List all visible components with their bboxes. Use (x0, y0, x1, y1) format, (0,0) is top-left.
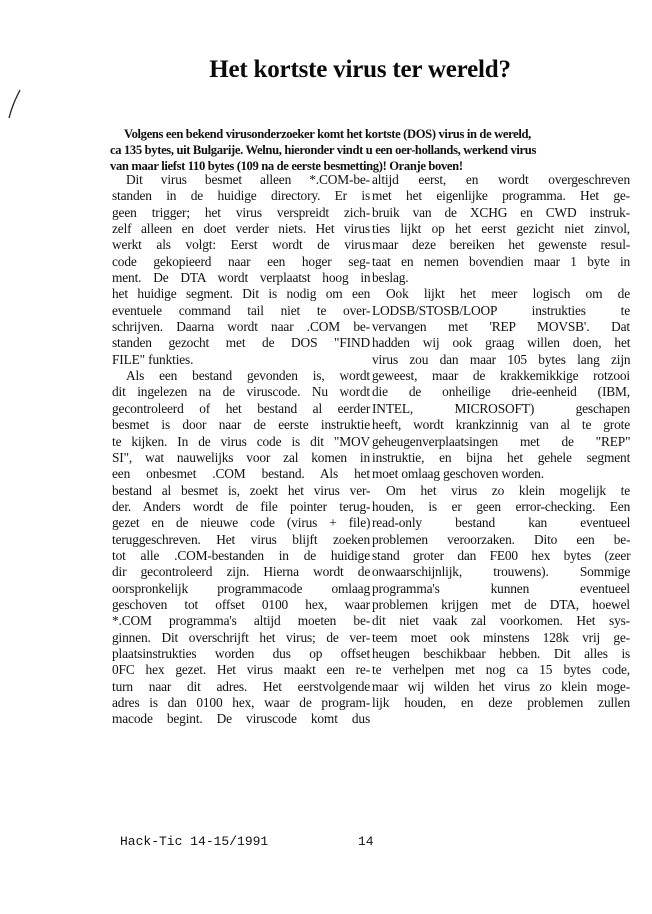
column-text-line: teruggeschreven. Het virus blijft zoeken (112, 532, 370, 548)
left-text-column: Dit virus besmet alleen *.COM-be-standen… (112, 172, 370, 728)
column-text-line: INTEL, MICROSOFT) geschapen (372, 401, 630, 417)
column-text-line: taat en nemen bovendien maar 1 byte in (372, 254, 630, 270)
column-text-line: macode begint. De viruscode komt dus (112, 711, 370, 727)
column-text-line: maar deze bereiken het gewenste resul- (372, 237, 630, 253)
column-text-line: eventuele command tail niet te over- (112, 303, 370, 319)
column-text-line: adres is dan 0100 hex, waar de program- (112, 695, 370, 711)
column-text-line: houden, is er geen error-checking. Een (372, 499, 630, 515)
column-text-line: standen gezocht met de DOS "FIND (112, 335, 370, 351)
column-text-line: lijk houden, en deze problemen zullen (372, 695, 630, 711)
column-text-line: tot alle .COM-bestanden in de huidige (112, 548, 370, 564)
column-text-line: oorspronkelijk programmacode omlaag (112, 581, 370, 597)
column-text-line: SI", wat nauwelijks voor zal komen in (112, 450, 370, 466)
column-text-line: heugen beschikbaar hebben. Dit alles is (372, 646, 630, 662)
column-text-line: vervangen met 'REP MOVSB'. Dat (372, 319, 630, 335)
column-text-line: geweest, maar de krakkemikkige rotzooi (372, 368, 630, 384)
column-text-line: een onbesmet .COM bestand. Als het (112, 466, 370, 482)
column-text-line: heeft, wordt krankzinnig van al te grote (372, 417, 630, 433)
document-page: Het kortste virus ter wereld? Volgens ee… (0, 0, 652, 914)
column-text-line: ment. De DTA wordt verplaatst hoog in (112, 270, 370, 286)
right-text-column: altijd eerst, en wordt overgeschrevenmet… (372, 172, 630, 711)
publication-label: Hack-Tic 14-15/1991 (120, 834, 268, 849)
column-text-line: code gekopieerd naar een hoger seg- (112, 254, 370, 270)
column-text-line: instruktie, en bijna het gehele segment (372, 450, 630, 466)
pen-mark-icon (6, 88, 26, 120)
column-text-line: altijd eerst, en wordt overgeschreven (372, 172, 630, 188)
column-text-line: geschoven tot offset 0100 hex, waar (112, 597, 370, 613)
column-text-line: geheugenverplaatsingen met de "REP" (372, 434, 630, 450)
column-text-line: maar wij wilden het virus zo klein moge- (372, 679, 630, 695)
column-text-line: dit ingelezen na de viruscode. Nu wordt (112, 384, 370, 400)
column-text-line: schrijven. Daarna wordt naar .COM be- (112, 319, 370, 335)
column-text-line: hadden wij ook graag willen doen, het (372, 335, 630, 351)
column-text-line: dir gecontroleerd zijn. Hierna wordt de (112, 564, 370, 580)
column-text-line: Ook lijkt het meer logisch om de (372, 286, 630, 302)
column-text-line: FILE" funkties. (112, 352, 370, 368)
column-text-line: met het eigenlijke programma. Het ge- (372, 188, 630, 204)
column-text-line: moet omlaag geschoven worden. (372, 466, 630, 482)
column-text-line: programma's kunnen eventueel (372, 581, 630, 597)
column-text-line: te kijken. In de virus code is dit "MOV (112, 434, 370, 450)
column-text-line: standen in de huidige directory. Er is (112, 188, 370, 204)
column-text-line: teem moet ook minstens 128k vrij ge- (372, 630, 630, 646)
column-text-line: zelf alleen en doet verder niets. Het vi… (112, 221, 370, 237)
column-text-line: werkt als volgt: Eerst wordt de virus (112, 237, 370, 253)
column-text-line: te verhelpen met nog ca 15 bytes code, (372, 662, 630, 678)
column-text-line: plaatsinstrukties worden dus op offset (112, 646, 370, 662)
column-text-line: geen trigger; het virus verspreidt zich- (112, 205, 370, 221)
column-text-line: die de onheilige drie-eenheid (IBM, (372, 384, 630, 400)
column-text-line: bruik van de XCHG en CWD instruk- (372, 205, 630, 221)
column-text-line: beslag. (372, 270, 630, 286)
column-text-line: 0FC hex gezet. Het virus maakt een re- (112, 662, 370, 678)
column-text-line: virus zou dan maar 105 bytes lang zijn (372, 352, 630, 368)
article-title: Het kortste virus ter wereld? (130, 56, 590, 84)
column-text-line: bestand al besmet is, zoekt het virus ve… (112, 483, 370, 499)
column-text-line: ties lijkt op het eerst gezicht niet zin… (372, 221, 630, 237)
column-text-line: het huidige segment. Dit is nodig om een (112, 286, 370, 302)
column-text-line: turn naar dit adres. Het eerstvolgende (112, 679, 370, 695)
column-text-line: stand groter dan FE00 hex bytes (zeer (372, 548, 630, 564)
article-intro: Volgens een bekend virusonderzoeker komt… (110, 126, 630, 174)
column-text-line: der. Anders wordt de file pointer terug- (112, 499, 370, 515)
column-text-line: problemen veroorzaken. Dito een be- (372, 532, 630, 548)
column-text-line: Om het virus zo klein mogelijk te (372, 483, 630, 499)
column-text-line: gezet en de nieuwe code (virus + file) (112, 515, 370, 531)
column-text-line: *.COM programma's altijd moeten be- (112, 613, 370, 629)
column-text-line: dit niet vaak zal voorkomen. Het sys- (372, 613, 630, 629)
column-text-line: Als een bestand gevonden is, wordt (112, 368, 370, 384)
page-number: 14 (358, 834, 374, 849)
intro-line: Volgens een bekend virusonderzoeker komt… (110, 126, 630, 142)
column-text-line: problemen krijgen met de DTA, hoewel (372, 597, 630, 613)
column-text-line: onwaarschijnlijk, trouwens). Sommige (372, 564, 630, 580)
column-text-line: read-only bestand kan eventueel (372, 515, 630, 531)
column-text-line: gecontroleerd of het bestand al eerder (112, 401, 370, 417)
column-text-line: besmet is door naar de eerste instruktie (112, 417, 370, 433)
column-text-line: ginnen. Dit overschrijft het virus; de v… (112, 630, 370, 646)
column-text-line: Dit virus besmet alleen *.COM-be- (112, 172, 370, 188)
column-text-line: LODSB/STOSB/LOOP instrukties te (372, 303, 630, 319)
intro-line: ca 135 bytes, uit Bulgarije. Welnu, hier… (110, 142, 630, 158)
